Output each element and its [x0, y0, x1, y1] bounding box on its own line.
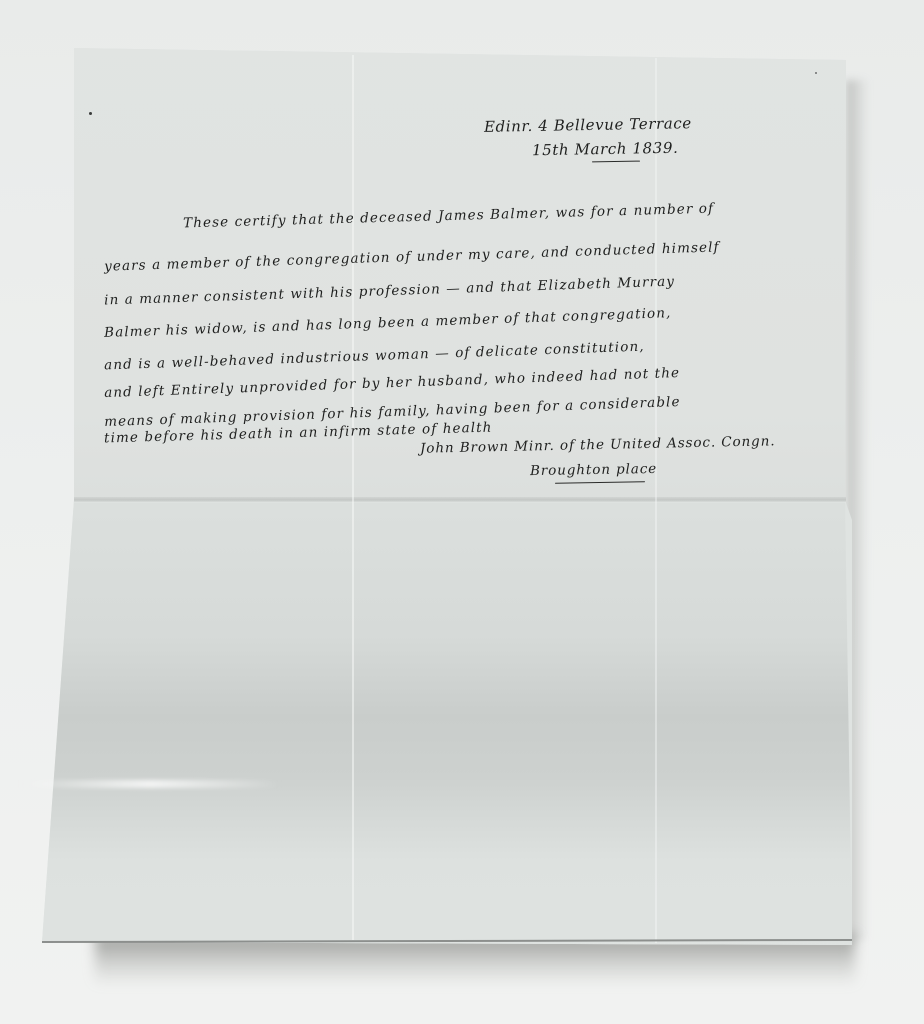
- signature-place: Broughton place: [530, 461, 657, 479]
- letter-date: 15th March 1839.: [532, 139, 679, 160]
- vertical-fold-crease-left: [352, 55, 354, 940]
- ink-speck: [815, 72, 817, 74]
- vertical-fold-crease-right: [655, 58, 657, 943]
- light-glare: [20, 780, 280, 788]
- letter-address: Edinr. 4 Bellevue Terrace: [484, 114, 692, 136]
- horizontal-fold-crease: [74, 497, 846, 503]
- ink-speck: [89, 112, 92, 115]
